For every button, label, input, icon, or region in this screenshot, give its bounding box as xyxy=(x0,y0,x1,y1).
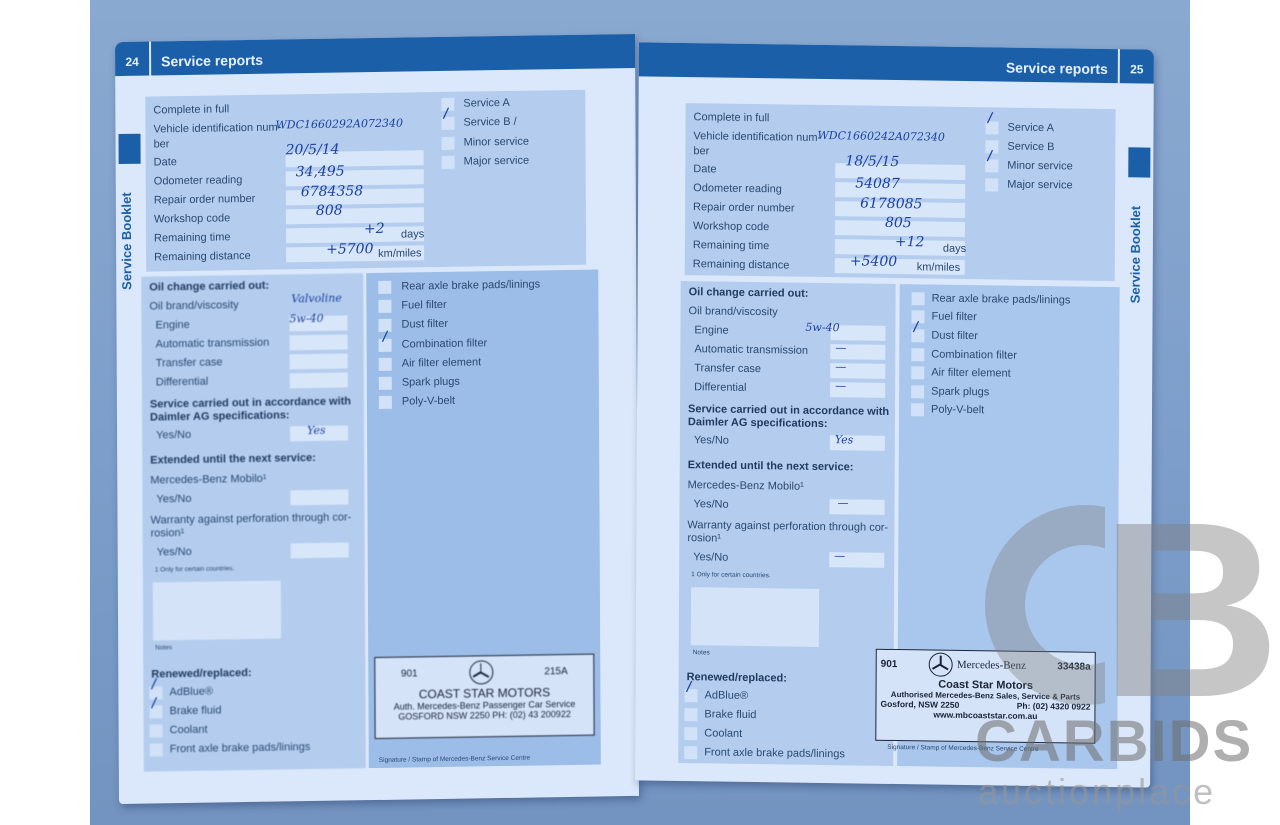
checkbox-front-axle-brake[interactable] xyxy=(150,743,163,756)
oil-engine-value: 5w-40 xyxy=(289,312,323,326)
stamp-line-3: GOSFORD NSW 2250 PH: (02) 43 200922 xyxy=(376,709,594,722)
stamp-left-code: 901 xyxy=(881,658,898,669)
oil-section: Oil change carried out: Oil brand/viscos… xyxy=(678,281,896,766)
air-filter-label: Air filter element xyxy=(931,367,1011,380)
stamp-address: Gosford, NSW 2250 xyxy=(880,699,959,710)
vin-value: WDC1660242A072340 xyxy=(817,129,945,144)
oil-transfer-case-label: Transfer case xyxy=(694,362,761,375)
checkbox-air-filter[interactable] xyxy=(379,358,392,371)
remaining-distance-value: +5700 xyxy=(326,241,373,258)
checkbox-fuel-filter[interactable] xyxy=(378,300,391,313)
parts-section: Rear axle brake pads/linings Fuel filter… xyxy=(366,270,601,769)
notes-box[interactable] xyxy=(691,587,819,647)
checkbox-combination-filter[interactable] xyxy=(911,348,924,361)
checkbox-poly-v-belt[interactable] xyxy=(379,396,392,409)
renewed-heading: Renewed/replaced: xyxy=(151,667,251,681)
label-vin-cont: ber xyxy=(693,145,709,157)
page-number: 24 xyxy=(115,42,151,77)
stamp-left-code: 901 xyxy=(401,668,418,679)
stamp-right-code: 215A xyxy=(544,666,567,677)
oil-auto-trans-label: Automatic transmission xyxy=(156,337,270,351)
checkbox-minor-service[interactable] xyxy=(442,137,455,150)
label-vin: Vehicle identification num- xyxy=(693,130,821,144)
label-complete: Complete in full xyxy=(153,103,229,116)
fuel-filter-label: Fuel filter xyxy=(931,311,976,324)
odometer-value: 54087 xyxy=(855,175,900,192)
combination-filter-label: Combination filter xyxy=(402,337,488,350)
oil-differential-label: Differential xyxy=(156,376,208,389)
label-date: Date xyxy=(154,156,177,168)
coolant-label: Coolant xyxy=(170,724,208,737)
date-value: 20/5/14 xyxy=(286,142,340,159)
poly-v-belt-label: Poly-V-belt xyxy=(402,395,455,408)
date-value: 18/5/15 xyxy=(845,153,899,170)
daimler-heading-1: Service carried out in accordance with xyxy=(150,395,351,410)
notes-box[interactable] xyxy=(153,581,281,641)
checkbox-poly-v-belt[interactable] xyxy=(911,403,924,416)
oil-engine-label: Engine xyxy=(694,324,728,336)
oil-heading: Oil change carried out: xyxy=(689,286,809,300)
mobilo-label: Mercedes-Benz Mobilo¹ xyxy=(688,479,804,493)
major-service-label: Major service xyxy=(1007,179,1072,192)
label-remaining-time: Remaining time xyxy=(693,239,769,252)
poly-v-belt-label: Poly-V-belt xyxy=(931,404,984,417)
adblue-label: AdBlue® xyxy=(704,689,748,702)
odometer-value: 34,495 xyxy=(296,164,345,181)
repair-order-value: 6178085 xyxy=(860,196,922,213)
remaining-distance-value: +5400 xyxy=(850,253,897,270)
checkbox-major-service[interactable] xyxy=(985,178,998,191)
label-remaining-time: Remaining time xyxy=(154,231,230,244)
dust-filter-label: Dust filter xyxy=(931,330,978,343)
side-tab: Service Booklet xyxy=(118,134,141,290)
side-tab: Service Booklet xyxy=(1128,147,1151,303)
oil-section: Oil change carried out: Oil brand/viscos… xyxy=(141,273,366,771)
combination-filter-label: Combination filter xyxy=(931,349,1017,362)
label-vin-cont: ber xyxy=(154,138,170,150)
label-repair-order: Repair order number xyxy=(154,193,256,207)
label-complete: Complete in full xyxy=(694,111,770,124)
page-title: Service reports xyxy=(151,46,273,70)
renewed-heading: Renewed/replaced: xyxy=(687,671,787,684)
label-odometer: Odometer reading xyxy=(693,182,782,195)
minor-service-label: Minor service xyxy=(464,136,529,149)
oil-auto-trans-value: — xyxy=(835,341,846,354)
oil-heading: Oil change carried out: xyxy=(149,280,269,294)
service-details-section: Complete in full Vehicle identification … xyxy=(145,90,586,272)
notes-label: Notes xyxy=(693,649,710,656)
checkbox-coolant[interactable] xyxy=(150,724,163,737)
front-axle-brake-label: Front axle brake pads/linings xyxy=(170,741,311,755)
oil-brand-label: Oil brand/viscosity xyxy=(689,305,778,318)
mercedes-star-icon xyxy=(469,660,493,684)
remaining-distance-unit: km/miles xyxy=(917,261,960,274)
service-b-label: Service B / xyxy=(463,116,516,129)
oil-differential-label: Differential xyxy=(694,381,746,394)
label-vin: Vehicle identification num- xyxy=(153,122,281,136)
label-odometer: Odometer reading xyxy=(154,174,243,187)
repair-order-value: 6784358 xyxy=(301,183,363,200)
label-workshop: Workshop code xyxy=(693,220,769,233)
oil-engine-label: Engine xyxy=(155,319,189,332)
checkbox-spark-plugs[interactable] xyxy=(911,385,924,398)
fuel-filter-label: Fuel filter xyxy=(401,299,446,312)
daimler-yesno-label: Yes/No xyxy=(156,429,191,442)
oil-differential-value: — xyxy=(835,379,846,392)
vin-value: WDC1660292A072340 xyxy=(275,117,403,132)
spark-plugs-label: Spark plugs xyxy=(402,376,460,389)
signature-caption: Signature / Stamp of Mercedes-Benz Servi… xyxy=(379,755,530,764)
spark-plugs-label: Spark plugs xyxy=(931,386,989,399)
booklet-photo: 24 Service reports Service Booklet Compl… xyxy=(90,0,1190,825)
daimler-value: Yes xyxy=(835,433,854,446)
checkbox-front-axle-brake[interactable] xyxy=(684,746,697,759)
mobilo-yesno-label: Yes/No xyxy=(156,493,191,506)
side-tab-label: Service Booklet xyxy=(1128,183,1144,303)
checkbox-air-filter[interactable] xyxy=(911,366,924,379)
checkbox-major-service[interactable] xyxy=(442,156,455,169)
oil-brand-value: Valvoline xyxy=(291,292,342,306)
adblue-label: AdBlue® xyxy=(169,686,213,699)
page-24: 24 Service reports Service Booklet Compl… xyxy=(115,34,639,804)
coolant-label: Coolant xyxy=(704,727,742,740)
dealer-stamp: 901 215A COAST STAR MOTORS Auth. Mercede… xyxy=(374,654,594,739)
rear-axle-brake-label: Rear axle brake pads/linings xyxy=(401,278,540,292)
warranty-label-1: Warranty against perforation through cor… xyxy=(150,511,351,526)
warranty-yesno-label: Yes/No xyxy=(157,546,192,559)
parts-section: Rear axle brake pads/linings Fuel filter… xyxy=(897,284,1120,769)
major-service-label: Major service xyxy=(464,155,529,168)
daimler-heading-2: Daimler AG specifications: xyxy=(688,416,828,430)
daimler-value: Yes xyxy=(307,424,326,437)
checkbox-brake-fluid[interactable] xyxy=(684,708,697,721)
checkbox-rear-axle-brake[interactable] xyxy=(378,281,391,294)
mercedes-star-icon xyxy=(929,652,953,676)
page-25: Service reports 25 Service Booklet Compl… xyxy=(635,42,1154,787)
warranty-yesno-label: Yes/No xyxy=(693,551,728,563)
stamp-right-code: 33438a xyxy=(1057,661,1090,672)
page-number: 25 xyxy=(1118,49,1154,84)
extended-heading: Extended until the next service: xyxy=(150,452,316,467)
service-a-label: Service A xyxy=(463,97,510,110)
remaining-time-value: +2 xyxy=(364,221,385,237)
remaining-time-unit: days xyxy=(943,243,966,255)
service-details-section: Complete in full Vehicle identification … xyxy=(685,103,1116,281)
label-remaining-distance: Remaining distance xyxy=(693,258,790,271)
mobilo-value: — xyxy=(838,496,849,509)
workshop-code-value: 805 xyxy=(885,215,912,231)
label-date: Date xyxy=(693,163,716,175)
oil-brand-label: Oil brand/viscosity xyxy=(149,299,238,312)
remaining-time-unit: days xyxy=(401,228,424,240)
rear-axle-brake-label: Rear axle brake pads/linings xyxy=(932,293,1071,307)
daimler-heading-2: Daimler AG specifications: xyxy=(150,409,290,423)
daimler-yesno-label: Yes/No xyxy=(694,434,729,446)
page-header: 24 Service reports xyxy=(115,34,635,76)
label-repair-order: Repair order number xyxy=(693,201,795,214)
checkbox-coolant[interactable] xyxy=(684,727,697,740)
notes-label: Notes xyxy=(155,644,172,651)
page-header: Service reports 25 xyxy=(639,42,1154,83)
brake-fluid-label: Brake fluid xyxy=(704,708,756,721)
oil-transfer-case-label: Transfer case xyxy=(156,356,223,369)
label-workshop: Workshop code xyxy=(154,212,230,225)
workshop-code-value: 808 xyxy=(316,203,343,219)
oil-auto-trans-label: Automatic transmission xyxy=(694,343,808,357)
remaining-time-value: +12 xyxy=(895,234,925,250)
label-remaining-distance: Remaining distance xyxy=(154,250,251,264)
stamp-brand: Mercedes-Benz xyxy=(957,659,1026,672)
warranty-value: — xyxy=(834,549,845,562)
service-b-label: Service B xyxy=(1007,141,1054,154)
side-tab-label: Service Booklet xyxy=(119,170,135,290)
signature-caption: Signature / Stamp of Mercedes-Benz Servi… xyxy=(887,744,1038,753)
page-title: Service reports xyxy=(996,53,1118,77)
dust-filter-label: Dust filter xyxy=(401,318,448,331)
checkbox-spark-plugs[interactable] xyxy=(379,377,392,390)
tab-marker xyxy=(118,134,140,164)
remaining-distance-unit: km/miles xyxy=(378,247,421,260)
footnote: 1 Only for certain countries. xyxy=(691,571,771,579)
minor-service-label: Minor service xyxy=(1007,160,1072,173)
warranty-label-2: rosion¹ xyxy=(687,532,721,544)
air-filter-label: Air filter element xyxy=(402,356,482,369)
oil-engine-value: 5w-40 xyxy=(805,321,839,334)
service-a-label: Service A xyxy=(1007,122,1054,135)
mobilo-yesno-label: Yes/No xyxy=(693,498,728,510)
checkbox-rear-axle-brake[interactable] xyxy=(912,292,925,305)
extended-heading: Extended until the next service: xyxy=(688,459,854,473)
front-axle-brake-label: Front axle brake pads/linings xyxy=(704,746,845,760)
mobilo-label: Mercedes-Benz Mobilo¹ xyxy=(150,473,266,487)
warranty-label-2: rosion¹ xyxy=(151,527,185,540)
tab-marker xyxy=(1128,147,1150,177)
brake-fluid-label: Brake fluid xyxy=(169,704,221,717)
dealer-stamp: 901 Mercedes-Benz 33438a Coast Star Moto… xyxy=(875,649,1095,744)
oil-transfer-case-value: — xyxy=(835,360,846,373)
footnote: 1 Only for certain countries. xyxy=(155,565,235,573)
